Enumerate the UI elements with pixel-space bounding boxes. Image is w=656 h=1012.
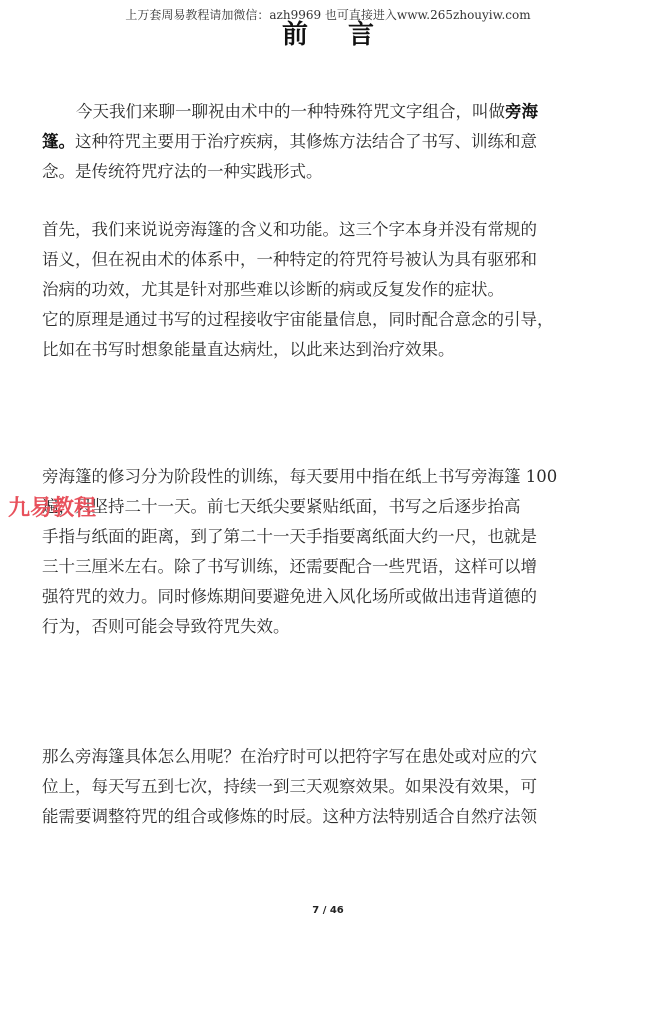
- text-run: 这种符咒主要用于治疗疾病，其修炼方法结合了书写、训练和意: [75, 132, 537, 151]
- text-run: 那么旁海篷具体怎么用呢？在治疗时可以把符字写在患处或对应的穴: [42, 747, 537, 766]
- paragraph: 今天我们来聊一聊祝由术中的一种特殊符咒文字组合，叫做旁海篷。这种符咒主要用于治疗…: [42, 97, 594, 187]
- text-run: 旁海篷的修习分为阶段性的训练，每天要用中指在纸上书写旁海篷 100: [42, 467, 557, 486]
- text-run: 比如在书写时想象能量直达病灶，以此来达到治疗效果。: [42, 340, 455, 359]
- text-line: 语义，但在祝由术的体系中，一种特定的符咒符号被认为具有驱邪和: [42, 245, 594, 275]
- paragraph: 旁海篷的修习分为阶段性的训练，每天要用中指在纸上书写旁海篷 100遍，只坚持二十…: [42, 462, 594, 642]
- text-line: 那么旁海篷具体怎么用呢？在治疗时可以把符字写在患处或对应的穴: [42, 742, 594, 772]
- text-line: 它的原理是通过书写的过程接收宇宙能量信息，同时配合意念的引导，: [42, 305, 594, 335]
- text-line: 比如在书写时想象能量直达病灶，以此来达到治疗效果。: [42, 335, 594, 365]
- text-line: 篷。这种符咒主要用于治疗疾病，其修炼方法结合了书写、训练和意: [42, 127, 594, 157]
- text-run: 治病的功效，尤其是针对那些难以诊断的病或反复发作的症状。: [42, 280, 504, 299]
- paragraph: 那么旁海篷具体怎么用呢？在治疗时可以把符字写在患处或对应的穴位上，每天写五到七次…: [42, 742, 594, 832]
- page-title: 前言: [0, 14, 656, 51]
- text-line: 行为，否则可能会导致符咒失效。: [42, 612, 594, 642]
- text-run: 念。是传统符咒疗法的一种实践形式。: [42, 162, 323, 181]
- text-line: 强符咒的效力。同时修炼期间要避免进入风化场所或做出违背道德的: [42, 582, 594, 612]
- text-line: 三十三厘米左右。除了书写训练，还需要配合一些咒语，这样可以增: [42, 552, 594, 582]
- text-run: 今天我们来聊一聊祝由术中的一种特殊符咒文字组合，叫做: [76, 102, 505, 121]
- page-number: 7 / 46: [0, 905, 656, 916]
- text-line: 首先，我们来说说旁海篷的含义和功能。这三个字本身并没有常规的: [42, 215, 594, 245]
- text-line: 手指与纸面的距离，到了第二十一天手指要离纸面大约一尺，也就是: [42, 522, 594, 552]
- text-run: 行为，否则可能会导致符咒失效。: [42, 617, 290, 636]
- text-run: 首先，我们来说说旁海篷的含义和功能。这三个字本身并没有常规的: [42, 220, 537, 239]
- text-run: 强符咒的效力。同时修炼期间要避免进入风化场所或做出违背道德的: [42, 587, 537, 606]
- text-line: 治病的功效，尤其是针对那些难以诊断的病或反复发作的症状。: [42, 275, 594, 305]
- bold-term: 旁海: [505, 102, 538, 121]
- text-run: 能需要调整符咒的组合或修炼的时辰。这种方法特别适合自然疗法领: [42, 807, 537, 826]
- watermark-stamp: 九易教程: [8, 491, 96, 522]
- text-run: 遍，只坚持二十一天。前七天纸尖要紧贴纸面，书写之后逐步抬高: [42, 497, 521, 516]
- text-line: 念。是传统符咒疗法的一种实践形式。: [42, 157, 594, 187]
- bold-term: 篷。: [42, 132, 75, 151]
- text-run: 位上，每天写五到七次，持续一到三天观察效果。如果没有效果，可: [42, 777, 537, 796]
- text-line: 位上，每天写五到七次，持续一到三天观察效果。如果没有效果，可: [42, 772, 594, 802]
- text-line: 遍，只坚持二十一天。前七天纸尖要紧贴纸面，书写之后逐步抬高: [42, 492, 594, 522]
- text-line: 今天我们来聊一聊祝由术中的一种特殊符咒文字组合，叫做旁海: [42, 97, 594, 127]
- text-run: 三十三厘米左右。除了书写训练，还需要配合一些咒语，这样可以增: [42, 557, 537, 576]
- text-run: 语义，但在祝由术的体系中，一种特定的符咒符号被认为具有驱邪和: [42, 250, 537, 269]
- paragraph: 首先，我们来说说旁海篷的含义和功能。这三个字本身并没有常规的语义，但在祝由术的体…: [42, 215, 594, 365]
- text-run: 它的原理是通过书写的过程接收宇宙能量信息，同时配合意念的引导，: [42, 310, 554, 329]
- text-line: 旁海篷的修习分为阶段性的训练，每天要用中指在纸上书写旁海篷 100: [42, 462, 594, 492]
- text-line: 能需要调整符咒的组合或修炼的时辰。这种方法特别适合自然疗法领: [42, 802, 594, 832]
- text-run: 手指与纸面的距离，到了第二十一天手指要离纸面大约一尺，也就是: [42, 527, 537, 546]
